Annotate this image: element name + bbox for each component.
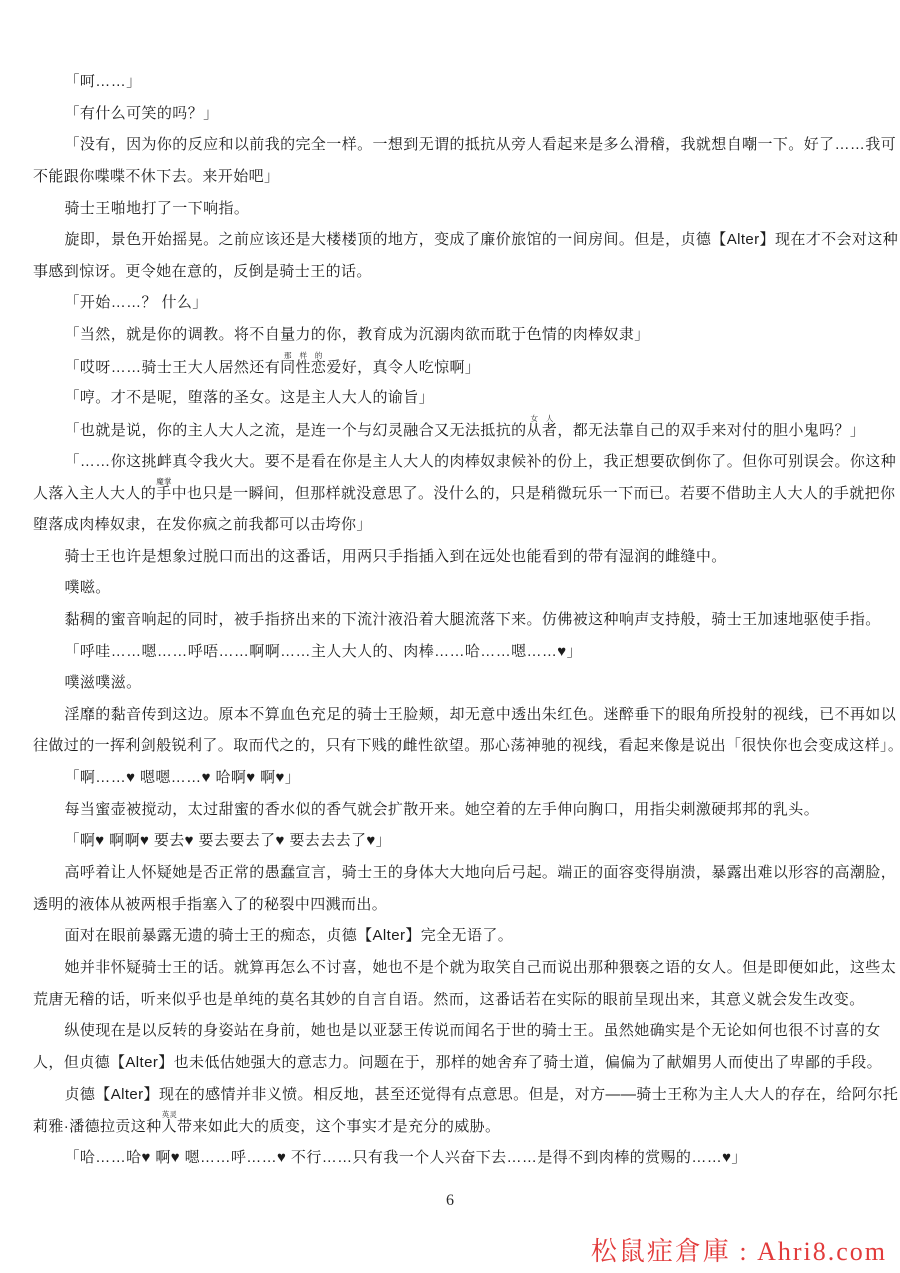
text-line: 人，但贞德【Alter】也未低估她强大的意志力。问题在于，那样的她舍弃了骑士道，… (33, 1047, 867, 1079)
text-line: 「哈……哈♥ 啊♥ 嗯……呼……♥ 不行……只有我一个人兴奋下去……是得不到肉棒… (33, 1142, 867, 1174)
ruby-annotated-text: 手魔掌 (156, 485, 171, 502)
text-line: 「呵……」 (33, 66, 867, 98)
text-line: 骑士王也许是想象过脱口而出的这番话，用两只手指插入到在远处也能看到的带有湿润的雌… (33, 541, 867, 573)
text-line: 旋即，景色开始摇晃。之前应该还是大楼楼顶的地方，变成了廉价旅馆的一间房间。但是，… (33, 224, 867, 256)
text-line: 不能跟你喋喋不休下去。来开始吧」 (33, 161, 867, 193)
ruby-annotated-text: 从者女人 (527, 422, 558, 439)
text-line: 「有什么可笑的吗？」 (33, 98, 867, 130)
text-line: 「没有，因为你的反应和以前我的完全一样。一想到无谓的抵抗从旁人看起来是多么滑稽，… (33, 129, 867, 161)
text-line: 「啊……♥ 嗯嗯……♥ 哈啊♥ 啊♥」 (33, 762, 867, 794)
text-line: 黏稠的蜜音响起的同时，被手指挤出来的下流汁液沿着大腿流落下来。仿佛被这种响声支持… (33, 604, 867, 636)
text-line: 淫靡的黏音传到这边。原本不算血色充足的骑士王脸颊，却无意中透出朱红色。迷醉垂下的… (33, 699, 867, 731)
text-line: 「哼。才不是呢，堕落的圣女。这是主人大人的谕旨」 (33, 382, 867, 414)
page-number: 6 (0, 1192, 900, 1210)
text-line: 「啊♥ 啊啊♥ 要去♥ 要去要去了♥ 要去去去了♥」 (33, 825, 867, 857)
watermark-text: 松鼠症倉庫 : Ahri8.com (591, 1231, 887, 1268)
text-line: 往做过的一挥利剑般锐利了。取而代之的，只有下贱的雌性欲望。那心荡神驰的视线，看起… (33, 730, 867, 762)
text-line: 骑士王啪地打了一下响指。 (33, 193, 867, 225)
text-line: 事感到惊讶。更令她在意的，反倒是骑士王的话。 (33, 256, 867, 288)
text-line: 「……你这挑衅真令我火大。要不是看在你是主人大人的肉棒奴隶候补的份上，我正想要砍… (33, 446, 867, 478)
page-body: 「呵……」「有什么可笑的吗？」「没有，因为你的反应和以前我的完全一样。一想到无谓… (33, 66, 867, 1173)
text-line: 「开始……？ 什么」 (33, 287, 867, 319)
ruby-annotated-text: 人英灵 (162, 1118, 177, 1135)
text-line: 噗滋噗滋。 (33, 667, 867, 699)
document-page: 「呵……」「有什么可笑的吗？」「没有，因为你的反应和以前我的完全一样。一想到无谓… (0, 0, 900, 1273)
text-line: 噗嗞。 (33, 572, 867, 604)
text-line: 她并非怀疑骑士王的话。就算再怎么不讨喜，她也不是个就为取笑自己而说出那种猥亵之语… (33, 952, 867, 984)
text-line: 堕落成肉棒奴隶，在发你疯之前我都可以击垮你」 (33, 509, 867, 541)
text-line: 纵使现在是以反转的身姿站在身前，她也是以亚瑟王传说而闻名于世的骑士王。虽然她确实… (33, 1015, 867, 1047)
ruby-annotated-text: 同性恋那样的 (280, 359, 326, 376)
text-line: 莉雅·潘德拉贡这种人英灵带来如此大的质变，这个事实才是充分的威胁。 (33, 1110, 867, 1142)
text-line: 每当蜜壶被搅动，太过甜蜜的香水似的香气就会扩散开来。她空着的左手伸向胸口，用指尖… (33, 794, 867, 826)
text-line: 「当然，就是你的调教。将不自量力的你，教育成为沉溺肉欲而耽于色情的肉棒奴隶」 (33, 319, 867, 351)
text-line: 人落入主人大人的手魔掌中也只是一瞬间，但那样就没意思了。没什么的，只是稍微玩乐一… (33, 477, 867, 509)
text-line: 荒唐无稽的话，听来似乎也是单纯的莫名其妙的自言自语。然而，这番话若在实际的眼前呈… (33, 984, 867, 1016)
text-line: 面对在眼前暴露无遗的骑士王的痴态，贞德【Alter】完全无语了。 (33, 920, 867, 952)
text-line: 「也就是说，你的主人大人之流，是连一个与幻灵融合又无法抵抗的从者女人，都无法靠自… (33, 414, 867, 446)
text-line: 贞德【Alter】现在的感情并非义愤。相反地，甚至还觉得有点意思。但是，对方——… (33, 1079, 867, 1111)
text-line: 「哎呀……骑士王大人居然还有同性恋那样的爱好，真令人吃惊啊」 (33, 351, 867, 383)
text-line: 「呼哇……嗯……呼唔……啊啊……主人大人的、肉棒……哈……嗯……♥」 (33, 636, 867, 668)
text-line: 透明的液体从被两根手指塞入了的秘裂中四溅而出。 (33, 889, 867, 921)
text-line: 高呼着让人怀疑她是否正常的愚蠢宣言，骑士王的身体大大地向后弓起。端正的面容变得崩… (33, 857, 867, 889)
